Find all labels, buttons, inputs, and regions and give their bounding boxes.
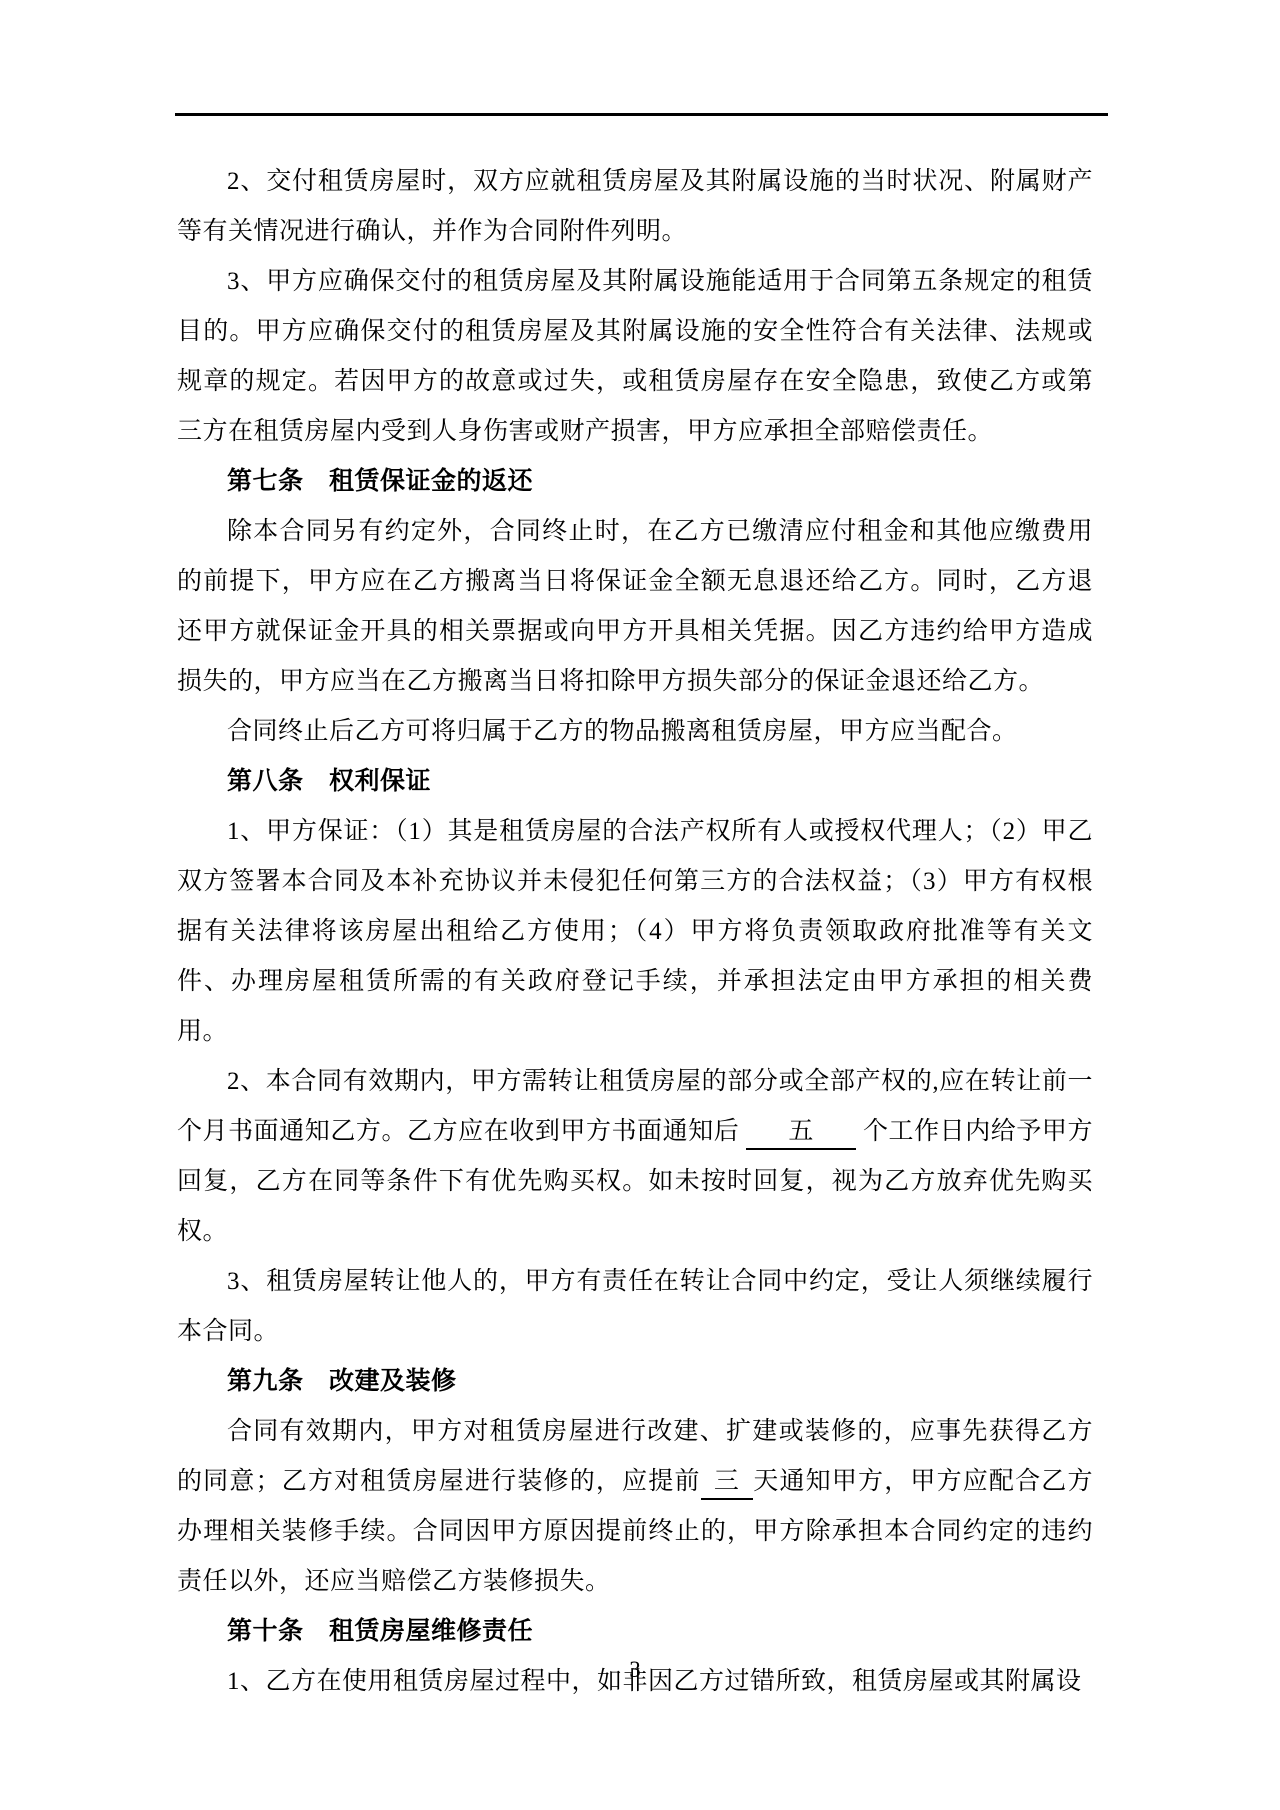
contract-paragraph: 1、甲方保证：（1）其是租赁房屋的合法产权所有人或授权代理人；（2）甲乙双方签署… bbox=[177, 807, 1093, 1057]
section-heading: 第九条 改建及装修 bbox=[177, 1357, 1093, 1407]
page-footer: 3 bbox=[177, 1652, 1093, 1688]
paragraph-text: 3、甲方应确保交付的租赁房屋及其附属设施能适用于合同第五条规定的租赁目的。甲方应… bbox=[177, 268, 1093, 445]
contract-body: 2、交付租赁房屋时，双方应就租赁房屋及其附属设施的当时状况、附属财产等有关情况进… bbox=[177, 157, 1093, 1707]
section-heading: 第八条 权利保证 bbox=[177, 757, 1093, 807]
document-page: 2、交付租赁房屋时，双方应就租赁房屋及其附属设施的当时状况、附属财产等有关情况进… bbox=[0, 0, 1280, 1810]
section-heading: 第十条 租赁房屋维修责任 bbox=[177, 1607, 1093, 1657]
paragraph-text: 第十条 租赁房屋维修责任 bbox=[227, 1618, 533, 1645]
contract-paragraph: 除本合同另有约定外，合同终止时，在乙方已缴清应付租金和其他应缴费用的前提下，甲方… bbox=[177, 507, 1093, 707]
section-heading: 第七条 租赁保证金的返还 bbox=[177, 457, 1093, 507]
contract-paragraph: 3、甲方应确保交付的租赁房屋及其附属设施能适用于合同第五条规定的租赁目的。甲方应… bbox=[177, 257, 1093, 457]
contract-paragraph: 合同有效期内，甲方对租赁房屋进行改建、扩建或装修的，应事先获得乙方的同意；乙方对… bbox=[177, 1407, 1093, 1607]
paragraph-text: 除本合同另有约定外，合同终止时，在乙方已缴清应付租金和其他应缴费用的前提下，甲方… bbox=[177, 518, 1093, 695]
paragraph-text: 1、甲方保证：（1）其是租赁房屋的合法产权所有人或授权代理人；（2）甲乙双方签署… bbox=[177, 818, 1093, 1045]
paragraph-text: 第九条 改建及装修 bbox=[227, 1368, 457, 1395]
contract-paragraph: 2、交付租赁房屋时，双方应就租赁房屋及其附属设施的当时状况、附属财产等有关情况进… bbox=[177, 157, 1093, 257]
contract-paragraph: 2、本合同有效期内，甲方需转让租赁房屋的部分或全部产权的,应在转让前一个月书面通… bbox=[177, 1057, 1093, 1257]
contract-paragraph: 3、租赁房屋转让他人的，甲方有责任在转让合同中约定，受让人须继续履行本合同。 bbox=[177, 1257, 1093, 1357]
paragraph-text: 合同终止后乙方可将归属于乙方的物品搬离租赁房屋，甲方应当配合。 bbox=[227, 718, 1018, 745]
page-number: 3 bbox=[629, 1657, 641, 1682]
paragraph-text: 3、租赁房屋转让他人的，甲方有责任在转让合同中约定，受让人须继续履行本合同。 bbox=[177, 1268, 1093, 1345]
paragraph-text: 第八条 权利保证 bbox=[227, 768, 431, 795]
paragraph-text: 第七条 租赁保证金的返还 bbox=[227, 468, 533, 495]
contract-paragraph: 合同终止后乙方可将归属于乙方的物品搬离租赁房屋，甲方应当配合。 bbox=[177, 707, 1093, 757]
paragraph-text: 2、交付租赁房屋时，双方应就租赁房屋及其附属设施的当时状况、附属财产等有关情况进… bbox=[177, 168, 1093, 245]
header-rule bbox=[175, 113, 1108, 116]
filled-blank: 五 bbox=[746, 1116, 856, 1150]
filled-blank: 三 bbox=[701, 1466, 753, 1500]
